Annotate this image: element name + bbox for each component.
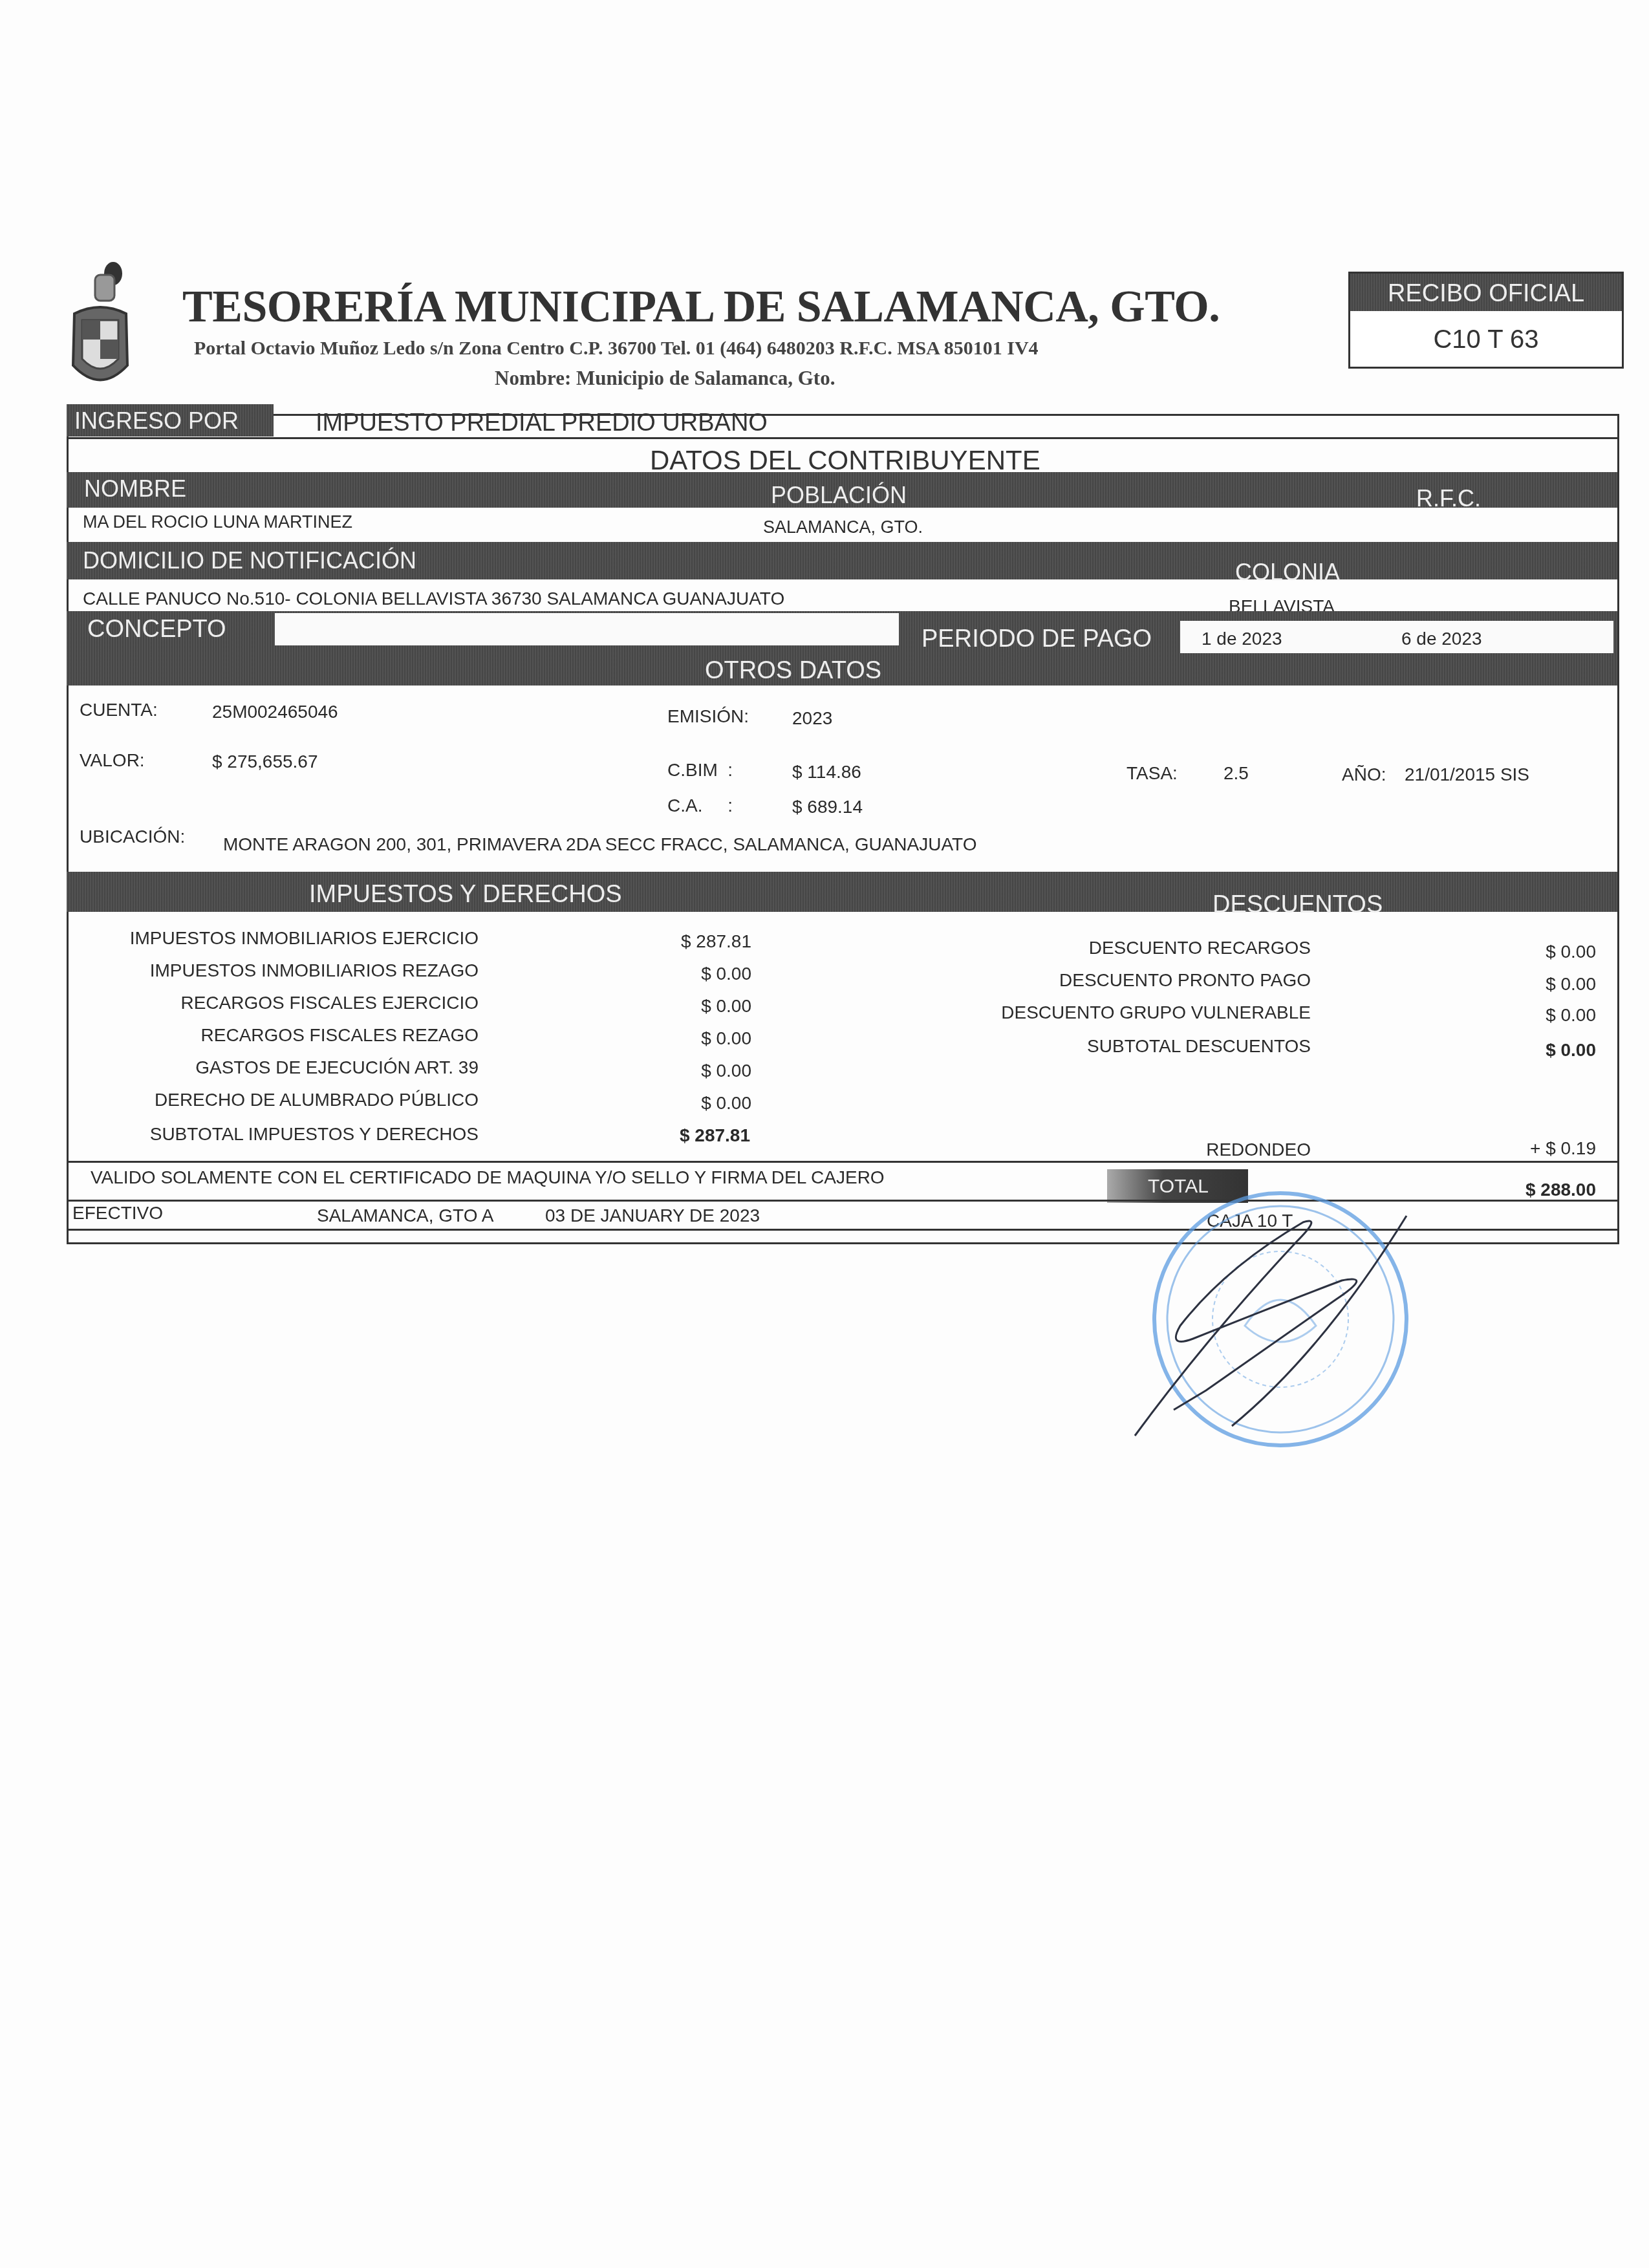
total-amount: $ 288.00	[1525, 1180, 1596, 1200]
impuesto-row-amount: $ 0.00	[701, 964, 751, 984]
cbim-value: $ 114.86	[792, 762, 861, 783]
colonia-label: COLONIA	[1235, 559, 1340, 586]
impuesto-row-label: IMPUESTOS INMOBILIARIOS REZAGO	[150, 960, 479, 981]
place-prefix: SALAMANCA, GTO A	[317, 1205, 493, 1226]
impuesto-row-label: IMPUESTOS INMOBILIARIOS EJERCICIO	[130, 928, 479, 949]
descuento-row-amount: $ 0.00	[1546, 942, 1596, 962]
municipal-logo	[68, 255, 133, 398]
valor-label: VALOR:	[80, 750, 145, 771]
payment-method: EFECTIVO	[72, 1203, 163, 1224]
total-label: TOTAL	[1148, 1176, 1209, 1198]
redondeo-label: REDONDEO	[1206, 1139, 1311, 1160]
payment-date: 03 DE JANUARY DE 2023	[545, 1205, 760, 1226]
cbim-label: C.BIM :	[667, 760, 733, 781]
impuesto-row-amount: $ 287.81	[681, 931, 751, 952]
impuesto-row-label: RECARGOS FISCALES REZAGO	[201, 1025, 479, 1046]
treasury-title: TESORERÍA MUNICIPAL DE SALAMANCA, GTO.	[182, 281, 1220, 333]
ubicacion-label: UBICACIÓN:	[80, 826, 185, 847]
impuesto-row-label: RECARGOS FISCALES EJERCICIO	[180, 993, 479, 1013]
poblacion-value: SALAMANCA, GTO.	[763, 517, 923, 537]
descuento-row-amount: $ 0.00	[1546, 1005, 1596, 1026]
nombre-label: NOMBRE	[84, 475, 186, 502]
impuesto-row-label: DERECHO DE ALUMBRADO PÚBLICO	[155, 1090, 479, 1110]
poblacion-label: POBLACIÓN	[771, 482, 907, 509]
treasury-address: Portal Octavio Muñoz Ledo s/n Zona Centr…	[194, 338, 1039, 360]
descuentos-subtotal-amount: $ 0.00	[1546, 1040, 1596, 1061]
periodo-label: PERIODO DE PAGO	[921, 625, 1152, 653]
emision-value: 2023	[792, 708, 832, 729]
cuenta-label: CUENTA:	[80, 700, 158, 720]
cuenta-value: 25M002465046	[212, 702, 338, 722]
anio-value: 21/01/2015 SIS	[1405, 764, 1529, 785]
receipt-form	[67, 414, 1619, 1244]
rfc-label: R.F.C.	[1416, 485, 1481, 512]
impuestos-section-title: IMPUESTOS Y DERECHOS	[309, 881, 622, 909]
concepto-label: CONCEPTO	[87, 616, 226, 643]
periodo-hasta: 6 de 2023	[1401, 629, 1482, 649]
impuesto-row-amount: $ 0.00	[701, 1028, 751, 1049]
impuesto-row-label: GASTOS DE EJECUCIÓN ART. 39	[195, 1057, 479, 1078]
otros-datos-title: OTROS DATOS	[705, 657, 881, 685]
anio-label: AÑO:	[1342, 764, 1386, 785]
redondeo-amount: + $ 0.19	[1530, 1138, 1596, 1159]
receipt-number-box: RECIBO OFICIAL C10 T 63	[1348, 272, 1624, 369]
emision-label: EMISIÓN:	[667, 706, 749, 727]
ingreso-value: IMPUESTO PREDIAL PREDIO URBANO	[316, 409, 768, 437]
impuesto-row-amount: $ 0.00	[701, 996, 751, 1017]
domicilio-value: CALLE PANUCO No.510- COLONIA BELLAVISTA …	[83, 589, 784, 609]
impuestos-subtotal-label: SUBTOTAL IMPUESTOS Y DERECHOS	[150, 1124, 479, 1145]
tasa-value: 2.5	[1223, 763, 1249, 784]
validity-notice: VALIDO SOLAMENTE CON EL CERTIFICADO DE M…	[91, 1167, 885, 1188]
ca-value: $ 689.14	[792, 797, 863, 817]
receipt-number: C10 T 63	[1350, 325, 1622, 354]
ca-label: C.A. :	[667, 795, 733, 816]
valor-value: $ 275,655.67	[212, 751, 318, 772]
coat-of-arms-icon	[68, 255, 133, 398]
impuestos-subtotal-amount: $ 287.81	[680, 1125, 750, 1146]
concepto-field	[275, 613, 899, 645]
impuesto-row-amount: $ 0.00	[701, 1061, 751, 1081]
descuentos-section-title: DESCUENTOS	[1212, 891, 1383, 919]
nombre-value: MA DEL ROCIO LUNA MARTINEZ	[83, 512, 352, 532]
treasury-entity-name: Nombre: Municipio de Salamanca, Gto.	[495, 367, 835, 390]
periodo-desde: 1 de 2023	[1202, 629, 1282, 649]
ubicacion-value: MONTE ARAGON 200, 301, PRIMAVERA 2DA SEC…	[223, 834, 976, 855]
ingreso-label: INGRESO POR	[74, 407, 239, 435]
impuesto-row-amount: $ 0.00	[701, 1093, 751, 1114]
domicilio-label: DOMICILIO DE NOTIFICACIÓN	[83, 547, 416, 574]
descuento-row-label: DESCUENTO PRONTO PAGO	[1059, 970, 1311, 991]
descuento-row-label: DESCUENTO GRUPO VULNERABLE	[1001, 1002, 1311, 1023]
descuento-row-amount: $ 0.00	[1546, 974, 1596, 995]
contribuyente-section-title: DATOS DEL CONTRIBUYENTE	[650, 445, 1040, 476]
descuento-row-label: DESCUENTO RECARGOS	[1089, 938, 1311, 958]
descuentos-subtotal-label: SUBTOTAL DESCUENTOS	[1087, 1036, 1311, 1057]
receipt-label: RECIBO OFICIAL	[1350, 280, 1622, 308]
tasa-label: TASA:	[1126, 763, 1178, 784]
